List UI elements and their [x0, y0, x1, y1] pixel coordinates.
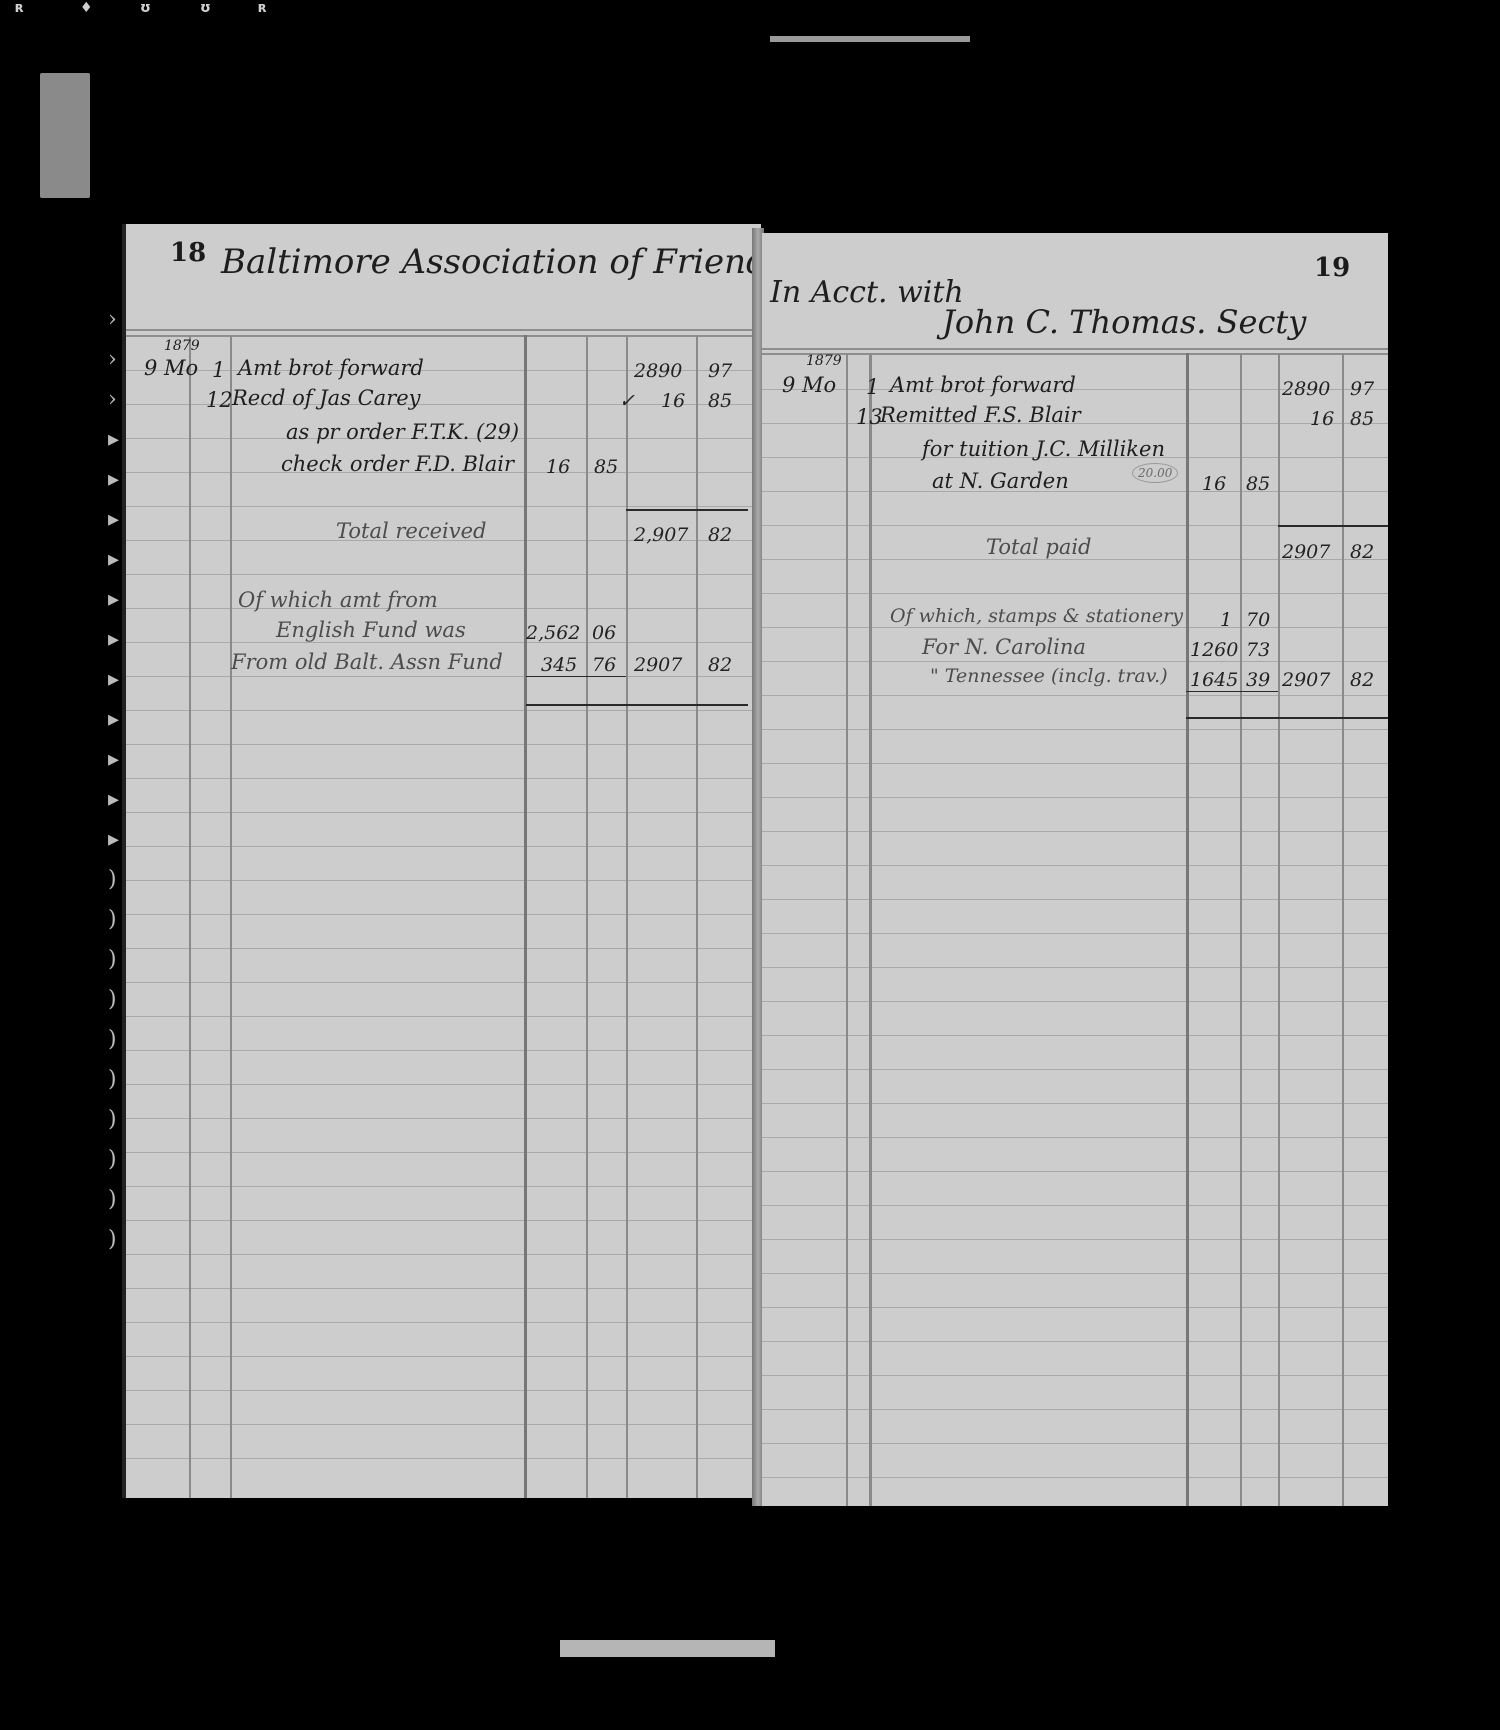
entry-day: 1 [212, 358, 225, 382]
entry-description: Recd of Jas Carey [232, 386, 421, 410]
amount-cents: 85 [1350, 408, 1374, 430]
entry-description: Amt brot forward [238, 356, 424, 380]
amount-dollars: 2890 [634, 360, 682, 382]
check-mark: ✓ [619, 390, 635, 412]
entry-description: as pr order F.T.K. (29) [286, 420, 519, 444]
breakdown-label: " Tennessee (inclg. trav.) [930, 665, 1168, 687]
breakdown-label: For N. Carolina [922, 635, 1086, 659]
amount-dollars: 16 [1310, 408, 1334, 430]
entry-description: Amt brot forward [890, 373, 1076, 397]
month: 9 Mo [782, 373, 836, 397]
page-number: 19 [1314, 253, 1350, 283]
film-mark: ʀ [258, 0, 267, 16]
ledger-title-line2: John C. Thomas. Secty [942, 303, 1306, 341]
breakdown-cents: 73 [1246, 639, 1270, 661]
amount-cents: 97 [1350, 378, 1374, 400]
breakdown-cents: 06 [592, 622, 616, 644]
breakdown-total-cents: 82 [1350, 669, 1374, 691]
film-mark: ♦ [80, 0, 93, 16]
film-strip-top [770, 36, 970, 42]
breakdown-cents: 39 [1246, 669, 1270, 691]
total-dollars: 2907 [1282, 541, 1330, 563]
left-page: 18 Baltimore Association of Friends 1879… [122, 224, 761, 1498]
header-rule [126, 329, 761, 331]
inner-dollars: 16 [1202, 473, 1226, 495]
inner-dollars: 16 [546, 456, 570, 478]
month: 9 Mo [144, 356, 198, 380]
right-page: 19 In Acct. with John C. Thomas. Secty 1… [762, 233, 1388, 1506]
breakdown-dollars: 1645 [1190, 669, 1238, 691]
breakdown-total-dollars: 2907 [634, 654, 682, 676]
entry-day: 13 [856, 405, 883, 429]
inner-cents: 85 [1246, 473, 1270, 495]
page-number: 18 [170, 238, 206, 268]
film-mark: ʊ [140, 0, 151, 16]
breakdown-cents: 76 [592, 654, 616, 676]
entry-description: for tuition J.C. Milliken [922, 437, 1165, 461]
entry-day: 1 [866, 375, 879, 399]
year: 1879 [164, 338, 200, 354]
breakdown-total-dollars: 2907 [1282, 669, 1330, 691]
total-label: Total received [336, 519, 486, 543]
breakdown-dollars: 1 [1220, 609, 1232, 631]
entry-description: check order F.D. Blair [281, 452, 514, 476]
amount-cents: 85 [708, 390, 732, 412]
film-mark: ʊ [200, 0, 211, 16]
film-mark: ʀ [15, 0, 24, 16]
binding-edge: ›››▸▸▸▸▸ ▸▸▸▸▸▸)) )))))))) [108, 300, 122, 1500]
ledger-title: Baltimore Association of Friends [221, 242, 761, 282]
total-cents: 82 [708, 524, 732, 546]
breakdown-label: Of which, stamps & stationery [890, 605, 1183, 627]
breakdown-dollars: 345 [541, 654, 577, 676]
inner-cents: 85 [594, 456, 618, 478]
breakdown-total-cents: 82 [708, 654, 732, 676]
margin-note: 20.00 [1132, 463, 1178, 483]
amount-dollars: 16 [661, 390, 685, 412]
paper-tab-scrap [40, 73, 90, 198]
breakdown-intro: Of which amt from [238, 588, 438, 612]
ledger-title-line1: In Acct. with [770, 275, 964, 310]
header-rule [762, 348, 1388, 350]
film-strip-bottom [560, 1640, 775, 1657]
entry-description: at N. Garden [932, 469, 1069, 493]
header-rule [126, 335, 761, 337]
breakdown-dollars: 1260 [1190, 639, 1238, 661]
breakdown-label: English Fund was [276, 618, 466, 642]
amount-dollars: 2890 [1282, 378, 1330, 400]
breakdown-cents: 70 [1246, 609, 1270, 631]
breakdown-dollars: 2,562 [526, 622, 580, 644]
total-label: Total paid [986, 535, 1092, 559]
total-dollars: 2,907 [634, 524, 688, 546]
header-rule [762, 353, 1388, 355]
breakdown-label: From old Balt. Assn Fund [231, 650, 503, 674]
amount-cents: 97 [708, 360, 732, 382]
year: 1879 [806, 353, 842, 369]
entry-description: Remitted F.S. Blair [880, 403, 1081, 427]
entry-day: 12 [206, 388, 233, 412]
total-cents: 82 [1350, 541, 1374, 563]
